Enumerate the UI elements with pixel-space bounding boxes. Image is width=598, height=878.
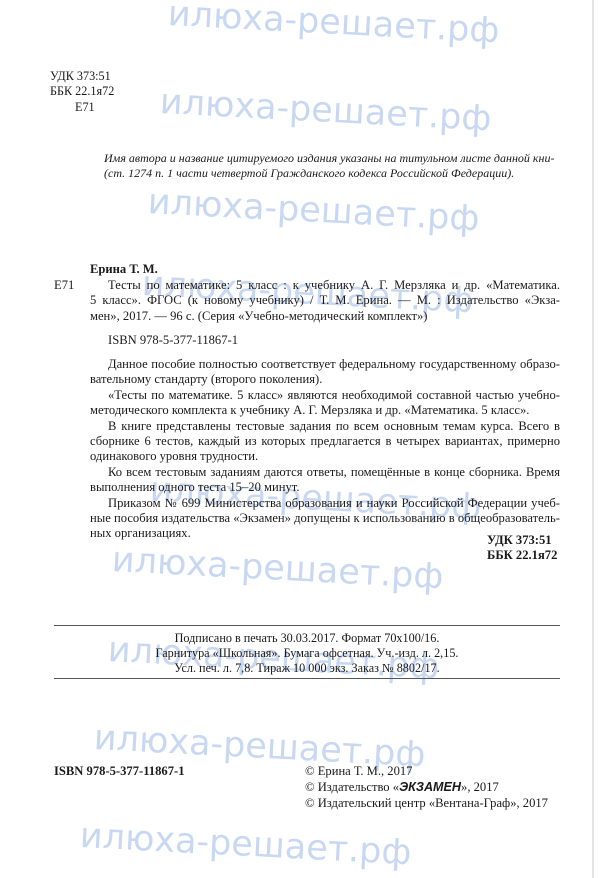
copyright-line: © Издательский центр «Вентана-Граф», 201… <box>305 796 548 811</box>
annotation-line: сборнике 6 тестов, каждый из которых пре… <box>90 434 560 449</box>
annotation-line: методического комплекта к учебнику А. Г.… <box>90 403 560 418</box>
annotation: Данное пособие полностью соответствует ф… <box>90 357 560 542</box>
annotation-line: «Тесты по математике. 5 класс» являются … <box>90 388 560 403</box>
annotation-line: ные пособия издательства «Экзамен» допущ… <box>90 511 560 526</box>
annotation-line: вательному стандарту (второго поколения)… <box>90 372 560 387</box>
annotation-line: Данное пособие полностью соответствует ф… <box>90 357 560 372</box>
watermark: илюха-решает.рф <box>147 182 480 239</box>
citation-note-line2: (ст. 1274 п. 1 части четвертой Гражданск… <box>104 166 514 181</box>
record-isbn: ISBN 978-5-377-11867-1 <box>108 333 238 348</box>
watermark: илюха-решает.рф <box>111 540 444 597</box>
imprint-line: Гарнитура «Школьная». Бумага офсетная. У… <box>54 646 560 661</box>
watermark: илюха-решает.рф <box>79 816 412 873</box>
annotation-line: Приказом № 699 Министерства образования … <box>90 496 560 511</box>
imprint-line: Усл. печ. л. 7,8. Тираж 10 000 экз. Зака… <box>54 661 560 676</box>
citation-note-line1: Имя автора и название цитируемого издани… <box>104 151 554 166</box>
record-author-mark: Е71 <box>54 278 74 293</box>
watermark: илюха-решает.рф <box>167 0 500 51</box>
copyright-line: © Ерина Т. М., 2017 <box>305 764 412 779</box>
record-description-line: Тесты по математике: 5 класс : к учебник… <box>90 278 560 293</box>
header-udk: УДК 373:51 <box>50 69 111 84</box>
watermark: илюха-решает.рф <box>159 82 492 139</box>
header-bbk: ББК 22.1я72 <box>50 84 114 99</box>
header-author-mark: Е71 <box>75 100 95 115</box>
footer-bbk: ББК 22.1я72 <box>487 548 557 563</box>
footer-udk: УДК 373:51 <box>487 533 552 548</box>
annotation-paragraph: В книге представлены тестовые задания по… <box>90 419 560 465</box>
imprint-line: Подписано в печать 30.03.2017. Формат 70… <box>54 631 560 646</box>
annotation-line: выполнения одного теста 15–20 минут. <box>90 480 560 495</box>
annotation-line: В книге представлены тестовые задания по… <box>90 419 560 434</box>
annotation-line: Ко всем тестовым заданиям даются ответы,… <box>90 465 560 480</box>
record-description: Тесты по математике: 5 класс : к учебник… <box>90 278 560 324</box>
imprint-bottom-rule <box>54 678 560 679</box>
copyright-isbn: ISBN 978-5-377-11867-1 <box>54 764 185 779</box>
page-edge-line <box>592 0 594 878</box>
copyright-line: © Издательство «ЭКЗАМЕН», 2017 <box>305 780 499 795</box>
annotation-line: одинакового уровня трудности. <box>90 449 560 464</box>
publisher-brand: ЭКЗАМЕН <box>399 780 461 794</box>
imprint-top-rule <box>54 625 560 626</box>
annotation-paragraph: «Тесты по математике. 5 класс» являются … <box>90 388 560 419</box>
annotation-paragraph: Данное пособие полностью соответствует ф… <box>90 357 560 388</box>
annotation-paragraph: Ко всем тестовым заданиям даются ответы,… <box>90 465 560 496</box>
record-description-line: 5 класс». ФГОС (к новому учебнику) / Т. … <box>90 293 560 308</box>
record-description-line: мен», 2017. — 96 с. (Серия «Учебно-метод… <box>90 309 560 324</box>
record-author: Ерина Т. М. <box>90 262 158 277</box>
